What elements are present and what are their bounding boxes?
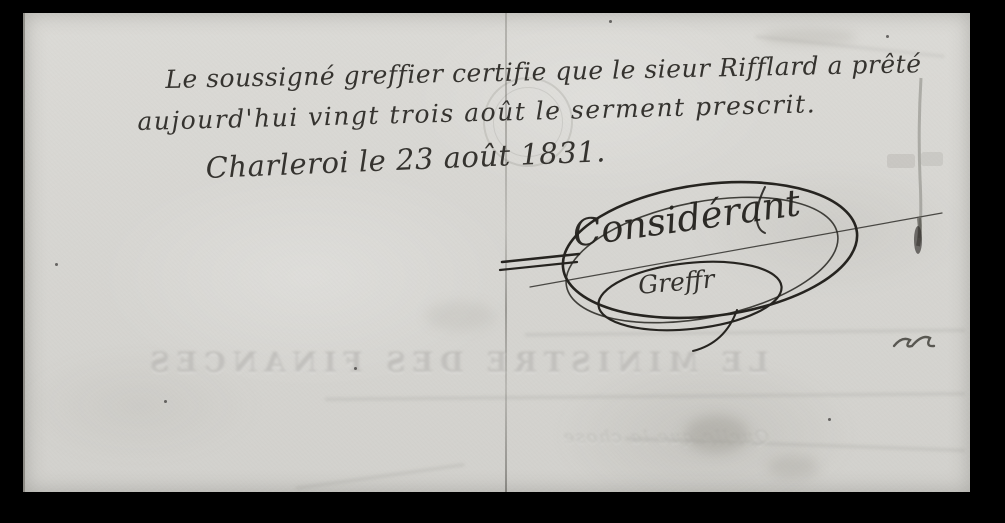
- ink-speck: [886, 35, 889, 38]
- ink-speck: [828, 418, 831, 421]
- small-ink-squiggle: [894, 337, 934, 346]
- ink-speck: [354, 367, 357, 370]
- paper-sheet: Le soussigné greffier certifie que le si…: [23, 13, 970, 492]
- embossed-letterhead-text: LE MINISTRE DES FINANCES: [143, 348, 768, 379]
- handwritten-line-2: aujourd'hui vingt trois août le serment …: [137, 89, 816, 136]
- gray-blotch: [767, 455, 819, 479]
- ink-speck: [55, 263, 58, 266]
- gray-blotch: [425, 301, 495, 331]
- horizontal-crease: [325, 392, 965, 401]
- scanned-document-frame: Le soussigné greffier certifie que le si…: [0, 0, 1005, 523]
- ink-streak-right: [895, 68, 955, 368]
- embossed-mirrored-letterhead: LE MINISTRE DES FINANCES: [170, 346, 742, 380]
- ink-speck: [164, 400, 167, 403]
- diagonal-crease: [296, 463, 465, 490]
- gray-blotch: [685, 415, 749, 453]
- ink-speck: [609, 20, 612, 23]
- gray-blotch: [761, 29, 857, 45]
- signature-flourish-paraphe: [497, 175, 957, 375]
